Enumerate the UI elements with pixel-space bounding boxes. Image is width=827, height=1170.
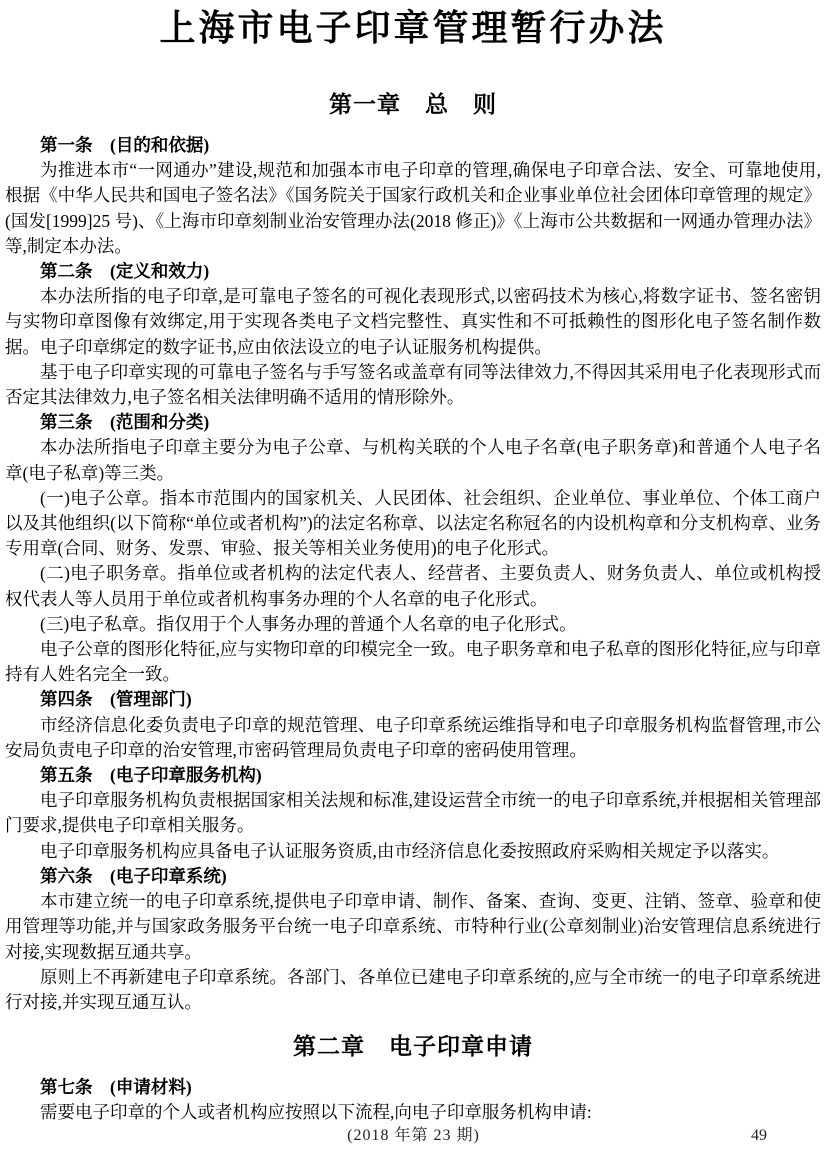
chapter-heading: 第一章 总 则	[5, 90, 821, 120]
article-heading: 第三条 (范围和分类)	[5, 410, 821, 435]
document-title: 上海市电子印章管理暂行办法	[5, 6, 821, 50]
body-paragraph: 电子印章服务机构负责根据国家相关法规和标准,建设运营全市统一的电子印章系统,并根…	[5, 788, 821, 838]
body-paragraph: (二)电子职务章。指单位或者机构的法定代表人、经营者、主要负责人、财务负责人、单…	[5, 561, 821, 611]
body-paragraph: (一)电子公章。指本市范围内的国家机关、人民团体、社会组织、企业单位、事业单位、…	[5, 486, 821, 562]
document-content: 上海市电子印章管理暂行办法 第一章 总 则第一条 (目的和依据)为推进本市“一网…	[5, 0, 821, 1126]
article-heading: 第二条 (定义和效力)	[5, 259, 821, 284]
chapter-heading: 第二章 电子印章申请	[5, 1032, 821, 1062]
article-heading: 第五条 (电子印章服务机构)	[5, 763, 821, 788]
body-paragraph: 本办法所指电子印章主要分为电子公章、与机构关联的个人电子名章(电子职务章)和普通…	[5, 435, 821, 485]
footer-page-number: 49	[751, 1126, 767, 1146]
body-paragraph: 原则上不再新建电子印章系统。各部门、各单位已建电子印章系统的,应与全市统一的电子…	[5, 965, 821, 1015]
article-heading: 第一条 (目的和依据)	[5, 133, 821, 158]
document-page: 上海市电子印章管理暂行办法 第一章 总 则第一条 (目的和依据)为推进本市“一网…	[0, 0, 827, 1170]
body-paragraph: 电子印章服务机构应具备电子认证服务资质,由市经济信息化委按照政府采购相关规定予以…	[5, 839, 821, 864]
article-heading: 第七条 (申请材料)	[5, 1075, 821, 1100]
body-paragraph: 电子公章的图形化特征,应与实物印章的印模完全一致。电子职务章和电子私章的图形化特…	[5, 637, 821, 687]
page-footer: (2018 年第 23 期) 49	[0, 1126, 827, 1146]
article-heading: 第六条 (电子印章系统)	[5, 864, 821, 889]
body-paragraph: 市经济信息化委负责电子印章的规范管理、电子印章系统运维指导和电子印章服务机构监督…	[5, 713, 821, 763]
body-paragraph: 基于电子印章实现的可靠电子签名与手写签名或盖章有同等法律效力,不得因其采用电子化…	[5, 360, 821, 410]
footer-issue-label: (2018 年第 23 期)	[0, 1126, 827, 1146]
body-paragraph: 需要电子印章的个人或者机构应按照以下流程,向电子印章服务机构申请:	[5, 1100, 821, 1125]
body-paragraph: 为推进本市“一网通办”建设,规范和加强本市电子印章的管理,确保电子印章合法、安全…	[5, 158, 821, 259]
document-body: 第一章 总 则第一条 (目的和依据)为推进本市“一网通办”建设,规范和加强本市电…	[5, 90, 821, 1126]
body-paragraph: (三)电子私章。指仅用于个人事务办理的普通个人名章的电子化形式。	[5, 612, 821, 637]
body-paragraph: 本办法所指的电子印章,是可靠电子签名的可视化表现形式,以密码技术为核心,将数字证…	[5, 284, 821, 360]
article-heading: 第四条 (管理部门)	[5, 687, 821, 712]
body-paragraph: 本市建立统一的电子印章系统,提供电子印章申请、制作、备案、查询、变更、注销、签章…	[5, 889, 821, 965]
